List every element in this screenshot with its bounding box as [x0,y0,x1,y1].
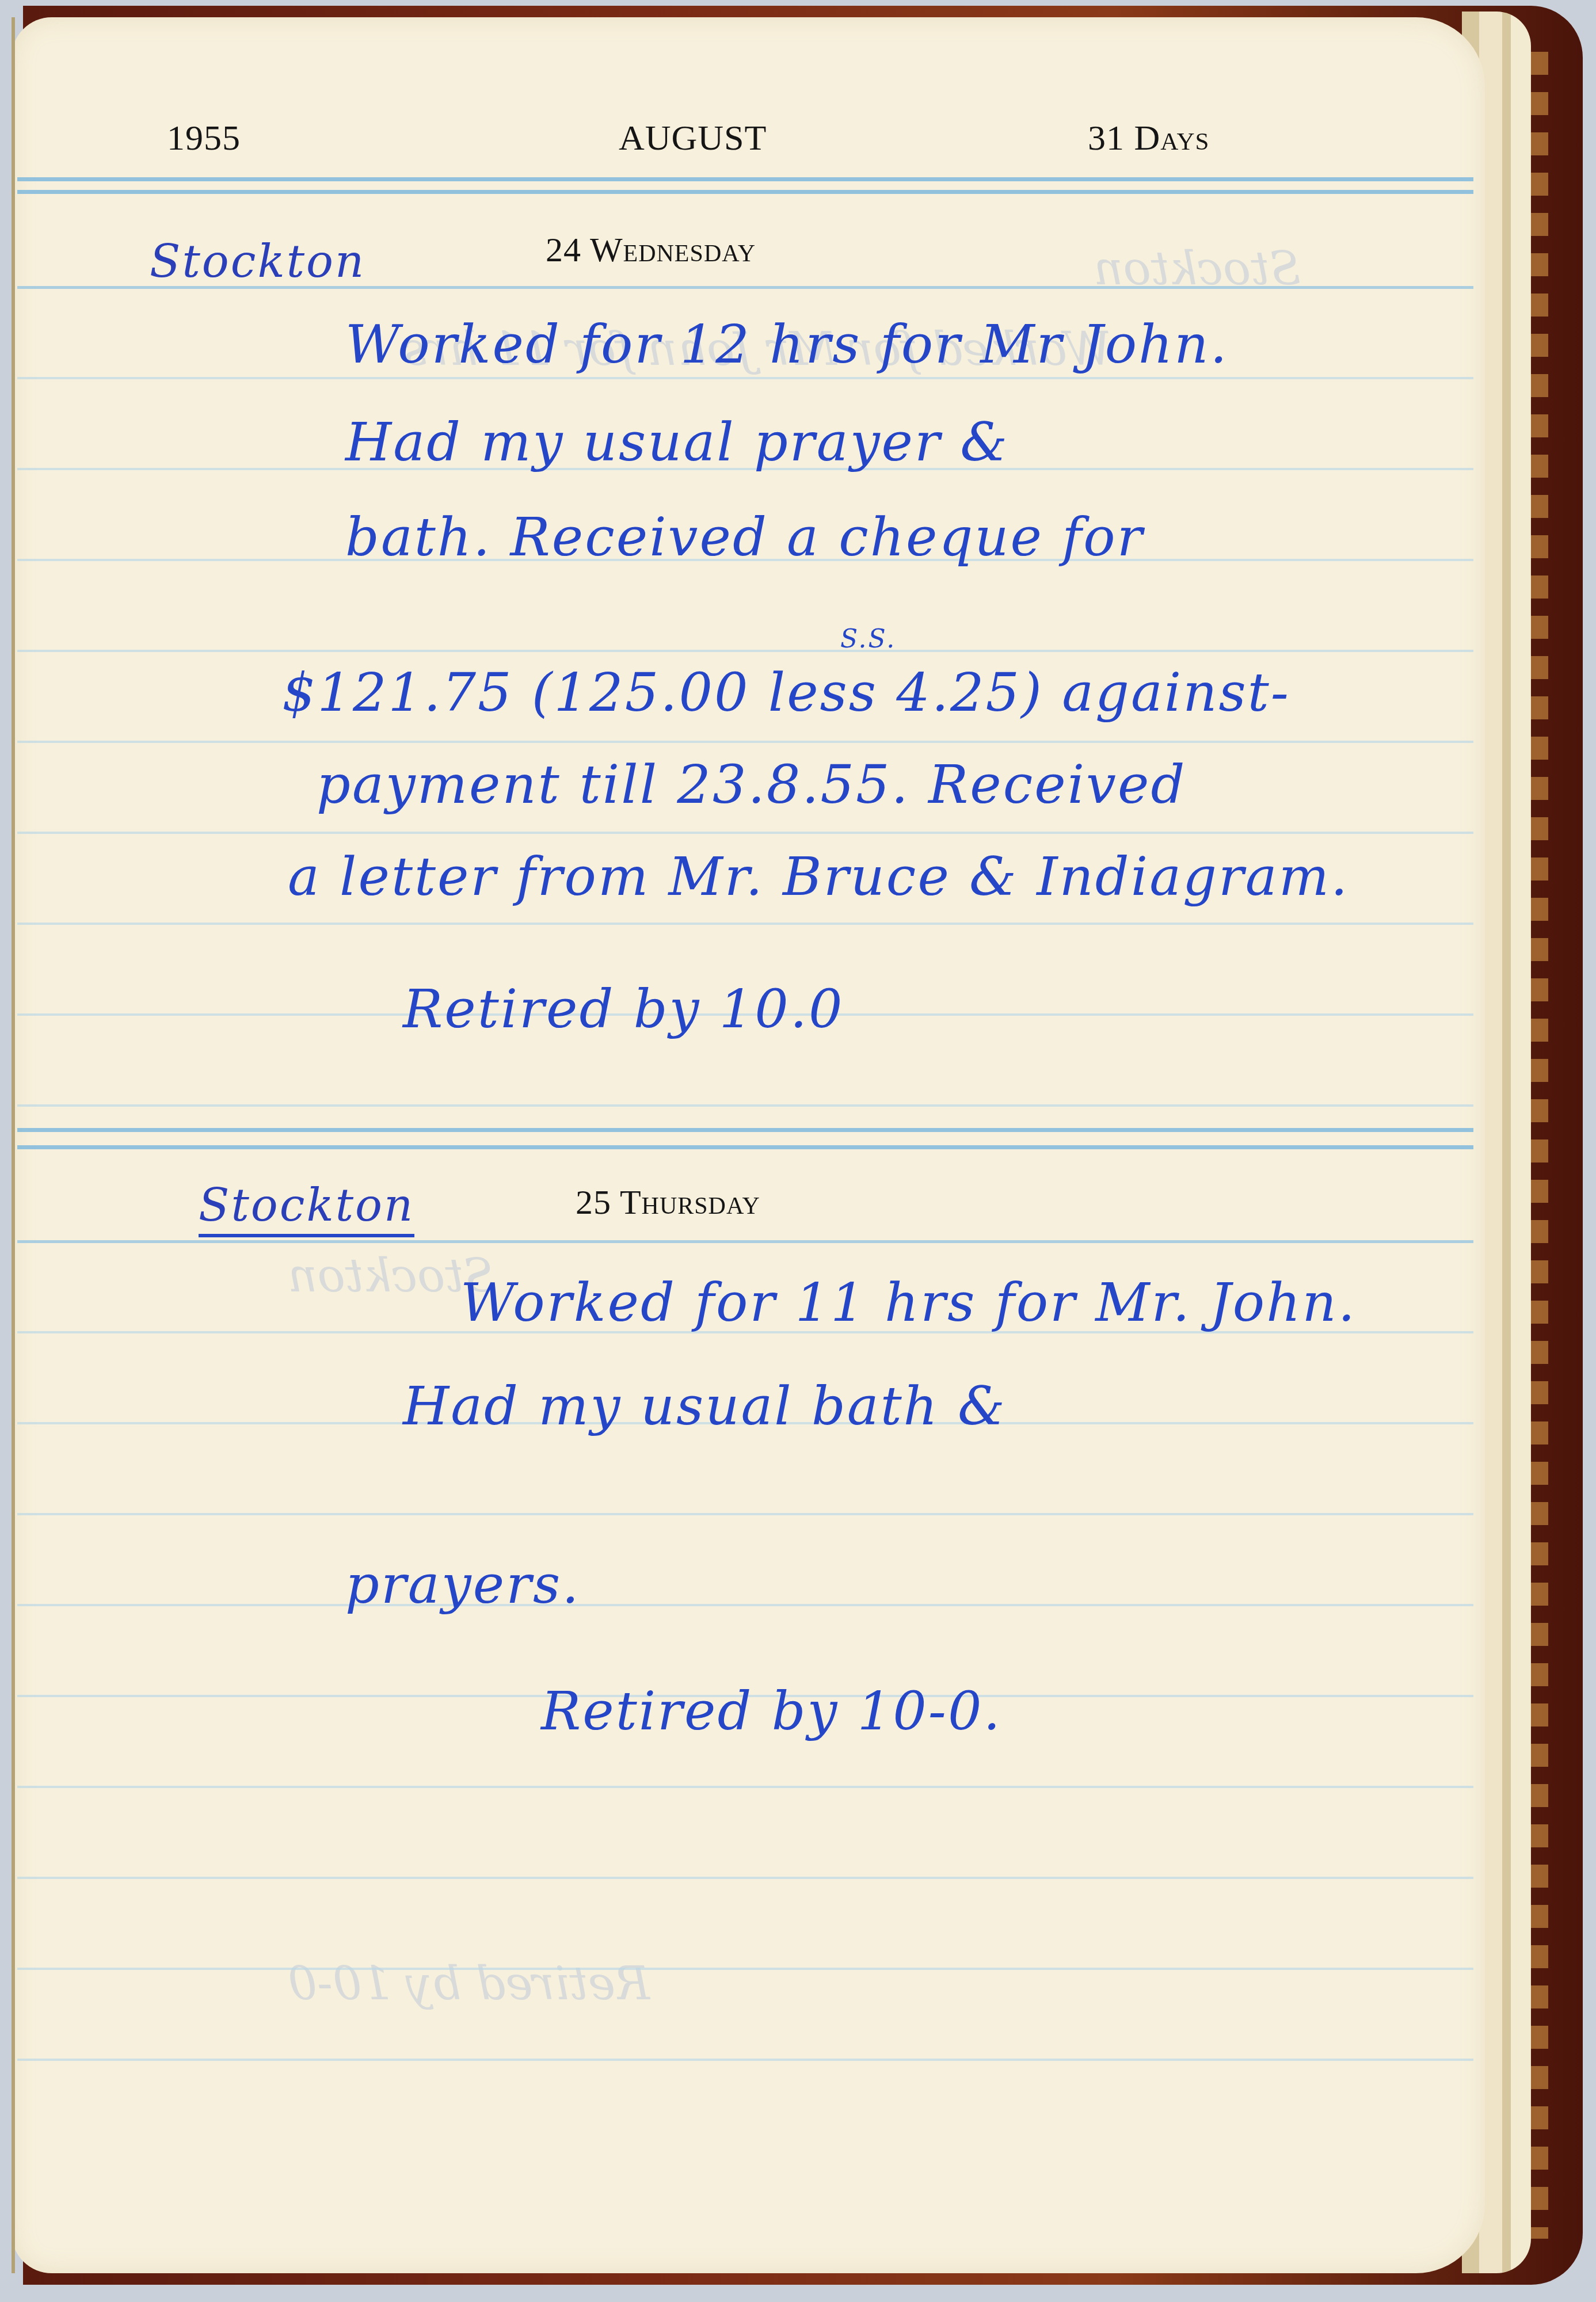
entry-line: prayers. [345,1554,581,1615]
ruled-line [17,286,1473,289]
page-gutter [12,17,15,2273]
ruled-line [17,923,1473,925]
day-separator-rule [17,1145,1473,1149]
entry-place: Stockton [150,236,365,288]
month-label: AUGUST [619,118,767,159]
year-label: 1955 [167,118,241,159]
header-rule [17,190,1473,194]
ruled-line [17,1104,1473,1107]
entry-line: Worked for 11 hrs for Mr. John. [460,1272,1357,1333]
day-heading-24: 24 Wednesday [546,230,756,270]
bleed-through-text: Retired by 10-0 [288,1957,650,2010]
ruled-line [17,1968,1473,1970]
days-in-month-label: 31 Days [1088,118,1209,159]
ruled-line [17,741,1473,743]
ruled-line [17,1604,1473,1606]
entry-line: a letter from Mr. Bruce & Indiagram. [288,846,1349,908]
ruled-line [17,1240,1473,1243]
ruled-line [17,377,1473,379]
entry-line: bath. Received a cheque for [345,506,1144,568]
entry-line: Had my usual prayer & [345,411,1009,473]
ruled-line [17,1877,1473,1879]
day-heading-25: 25 Thursday [576,1183,760,1222]
annotation-ss: S.S. [840,624,896,654]
day-separator-rule [17,1128,1473,1132]
entry-line: Retired by 10.0 [403,978,844,1040]
header-rule [17,177,1473,181]
cover-stitching [1531,52,1548,2239]
ruled-line [17,2059,1473,2061]
ruled-line [17,1513,1473,1515]
ruled-line [17,650,1473,652]
entry-line: Worked for 12 hrs for Mr John. [345,314,1229,375]
entry-line: Had my usual bath & [403,1375,1007,1437]
entry-line: Retired by 10-0. [541,1680,1002,1742]
entry-line: payment till 23.8.55. Received [317,754,1186,815]
ruled-line [17,832,1473,834]
ruled-line [17,1786,1473,1788]
entry-line: $121.75 (125.00 less 4.25) against- [282,662,1290,723]
entry-place: Stockton [199,1180,414,1237]
